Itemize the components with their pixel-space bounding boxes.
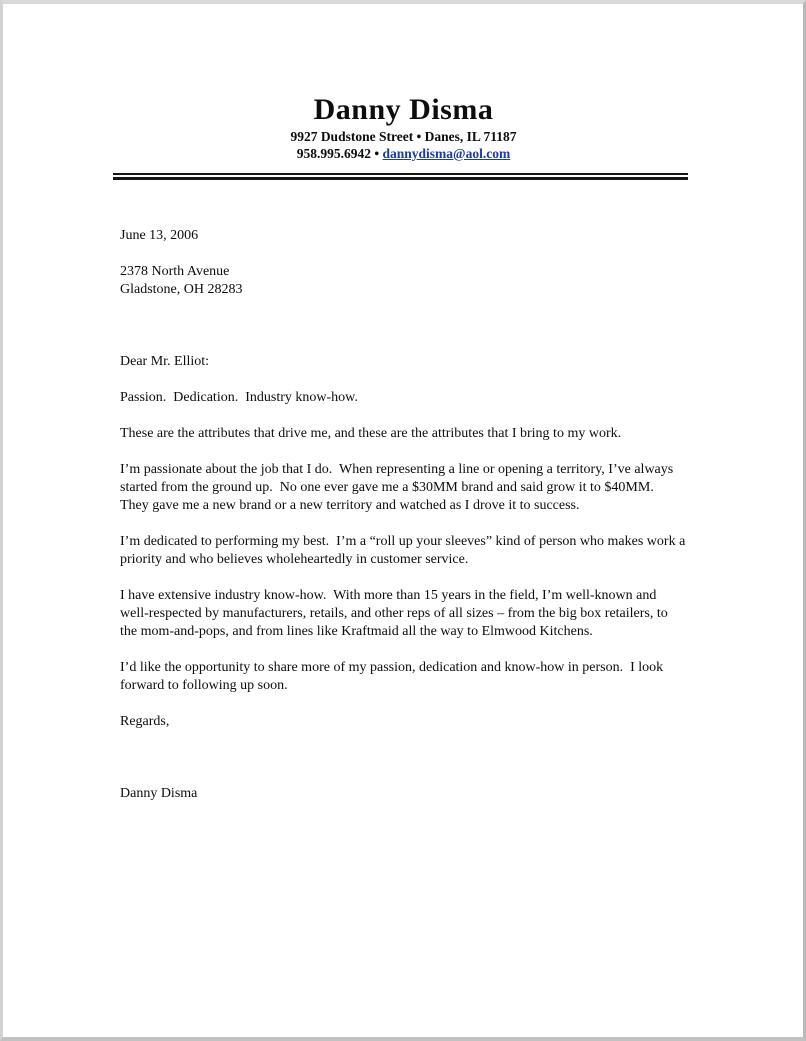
recipient-address: 2378 North AvenueGladstone, OH 28283 [120,263,687,299]
sender-phone: 958.995.6942 [297,146,371,161]
recipient-address-line-2: Gladstone, OH 28283 [120,282,243,297]
paragraph-opportunity: I’d like the opportunity to share more o… [120,659,687,695]
email-link[interactable]: dannydisma@aol.com [383,146,511,161]
paragraph-passionate: I’m passionate about the job that I do. … [120,461,687,515]
paragraph-attributes: These are the attributes that drive me, … [120,425,687,443]
paragraph-know-how: I have extensive industry know-how. With… [120,587,687,641]
recipient-address-line-1: 2378 North Avenue [120,264,229,279]
bullet-separator: • [374,146,379,161]
paragraph-dedicated: I’m dedicated to performing my best. I’m… [120,533,687,569]
letter-body: June 13, 2006 2378 North AvenueGladstone… [120,227,687,803]
letterhead: Danny Disma 9927 Dudstone Street • Danes… [120,4,687,180]
sender-name: Danny Disma [120,93,687,127]
signature-name: Danny Disma [120,785,687,803]
salutation: Dear Mr. Elliot: [120,353,687,371]
letter-page: Danny Disma 9927 Dudstone Street • Danes… [0,0,806,1041]
letter-date: June 13, 2006 [120,227,687,245]
letterhead-divider [113,173,688,180]
closing: Regards, [120,713,687,731]
sender-street-address: 9927 Dudstone Street • Danes, IL 71187 [120,129,687,146]
sender-contact-line: 958.995.6942 • dannydisma@aol.com [120,146,687,163]
paragraph-passion: Passion. Dedication. Industry know-how. [120,389,687,407]
